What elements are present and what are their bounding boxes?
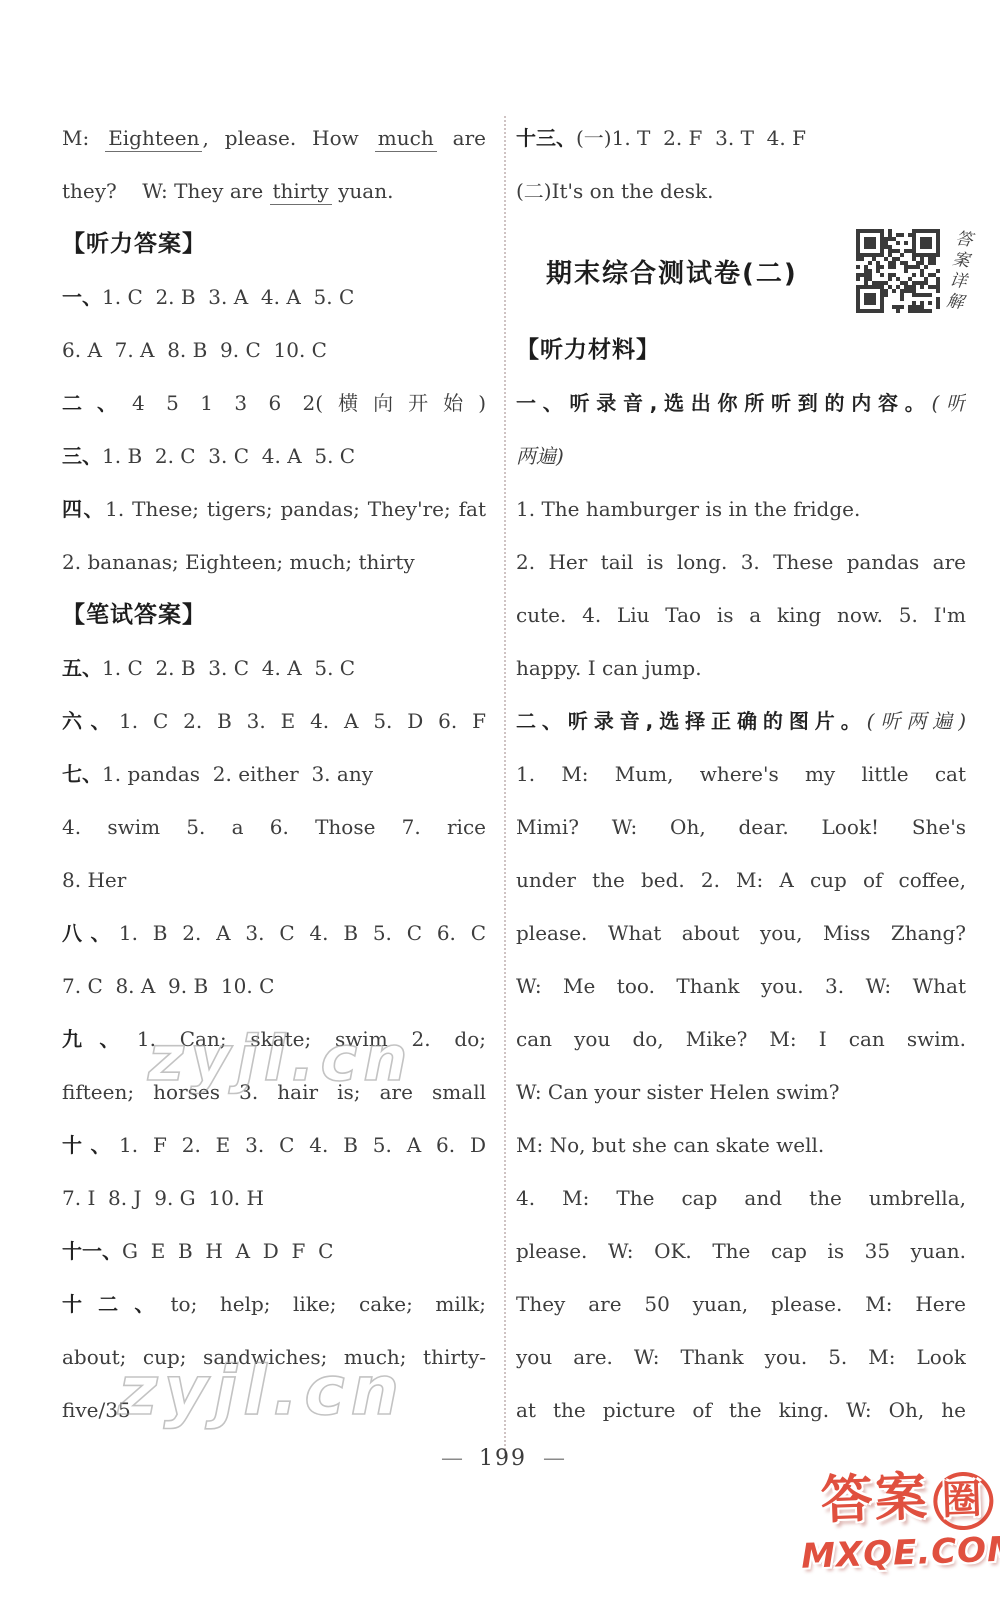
text-line: 1. The hamburger is in the fridge. bbox=[516, 483, 966, 536]
text-segment: 1. C 2. B 3. C 4. A 5. C bbox=[102, 656, 355, 680]
text-line: you are. W: Thank you. 5. M: Look bbox=[516, 1331, 966, 1384]
text-segment: 六、 bbox=[62, 709, 119, 733]
text-line: can you do, Mike? M: I can swim. bbox=[516, 1013, 966, 1066]
text-line: 7. I 8. J 9. G 10. H bbox=[62, 1172, 486, 1225]
text-segment: 6. A 7. A 8. B 9. C 10. C bbox=[62, 338, 327, 362]
section-heading: 【笔试答案】 bbox=[62, 589, 486, 642]
text-line: under the bed. 2. M: A cup of coffee, bbox=[516, 854, 966, 907]
text-line: 六、1. C 2. B 3. E 4. A 5. D 6. F bbox=[62, 695, 486, 748]
brand-logo-cn: 答案圈 bbox=[798, 1462, 1000, 1535]
section-heading: 【听力答案】 bbox=[62, 218, 486, 271]
text-line: (二)It's on the desk. bbox=[516, 165, 966, 218]
text-line: 二、4 5 1 3 6 2(横向开始) bbox=[62, 377, 486, 430]
text-segment: about; cup; sandwiches; much; thirty- bbox=[62, 1345, 486, 1369]
text-segment: 2. bananas; Eighteen; much; thirty bbox=[62, 550, 415, 574]
text-line: 2. bananas; Eighteen; much; thirty bbox=[62, 536, 486, 589]
text-line: 7. C 8. A 9. B 10. C bbox=[62, 960, 486, 1013]
text-line: fifteen; horses 3. hair is; are small bbox=[62, 1066, 486, 1119]
text-segment: 二、 bbox=[62, 391, 132, 415]
text-segment: 十二、 bbox=[62, 1292, 171, 1316]
column-divider bbox=[504, 116, 506, 1454]
text-segment: at the picture of the king. W: Oh, he bbox=[516, 1398, 966, 1422]
text-line: 三、1. B 2. C 3. C 4. A 5. C bbox=[62, 430, 486, 483]
text-segment: 十一、 bbox=[62, 1239, 122, 1263]
text-segment: 九、 bbox=[62, 1027, 137, 1051]
text-line: cute. 4. Liu Tao is a king now. 5. I'm bbox=[516, 589, 966, 642]
text-segment: 一、 bbox=[62, 285, 102, 309]
text-line: 4. M: The cap and the umbrella, bbox=[516, 1172, 966, 1225]
text-line: 十三、(一)1. T 2. F 3. T 4. F bbox=[516, 112, 966, 165]
text-segment: 【听力答案】 bbox=[62, 231, 206, 257]
text-line: 2. Her tail is long. 3. These pandas are bbox=[516, 536, 966, 589]
text-segment: 1. F 2. E 3. C 4. B 5. A 6. D bbox=[119, 1133, 486, 1157]
text-segment: under the bed. 2. M: A cup of coffee, bbox=[516, 868, 966, 892]
text-segment: , please. How bbox=[202, 126, 374, 150]
right-column-top: 十三、(一)1. T 2. F 3. T 4. F(二)It's on the … bbox=[516, 112, 966, 218]
text-line: they? W: They are thirty yuan. bbox=[62, 165, 486, 218]
text-segment: 【听力材料】 bbox=[516, 337, 660, 363]
answer-blank: thirty bbox=[270, 179, 332, 205]
footer-dash: — bbox=[441, 1446, 463, 1471]
text-line: M: Eighteen, please. How much are bbox=[62, 112, 486, 165]
text-line: happy. I can jump. bbox=[516, 642, 966, 695]
text-segment: fifteen; horses 3. hair is; are small bbox=[62, 1080, 486, 1104]
footer-page-number: — 199 — bbox=[418, 1446, 588, 1471]
left-column: M: Eighteen, please. How much arethey? W… bbox=[62, 112, 486, 1437]
text-segment: can you do, Mike? M: I can swim. bbox=[516, 1027, 966, 1051]
text-segment: (二)It's on the desk. bbox=[516, 179, 713, 203]
text-line: 八、1. B 2. A 3. C 4. B 5. C 6. C bbox=[62, 907, 486, 960]
brand-logo: 答案圈 MXQE.COM bbox=[798, 1462, 1000, 1577]
text-line: at the picture of the king. W: Oh, he bbox=[516, 1384, 966, 1437]
text-segment: five/35 bbox=[62, 1398, 131, 1422]
text-line: 1. M: Mum, where's my little cat bbox=[516, 748, 966, 801]
brand-site: MXQE.COM bbox=[800, 1528, 1000, 1577]
text-segment: 七、 bbox=[62, 762, 102, 786]
text-line: 6. A 7. A 8. B 9. C 10. C bbox=[62, 324, 486, 377]
text-segment: 1. These; tigers; pandas; They're; fat bbox=[105, 497, 486, 521]
text-line: five/35 bbox=[62, 1384, 486, 1437]
text-segment: 【笔试答案】 bbox=[62, 602, 206, 628]
text-line: 十、1. F 2. E 3. C 4. B 5. A 6. D bbox=[62, 1119, 486, 1172]
text-segment: (听 bbox=[931, 391, 966, 415]
text-segment: W: Me too. Thank you. 3. W: What bbox=[516, 974, 966, 998]
text-line: 一、1. C 2. B 3. A 4. A 5. C bbox=[62, 271, 486, 324]
text-segment: Mimi? W: Oh, dear. Look! She's bbox=[516, 815, 966, 839]
text-line: 四、1. These; tigers; pandas; They're; fat bbox=[62, 483, 486, 536]
text-segment: 4. M: The cap and the umbrella, bbox=[516, 1186, 966, 1210]
text-line: 一、听录音,选出你所听到的内容。(听 bbox=[516, 377, 966, 430]
text-segment: 1. B 2. C 3. C 4. A 5. C bbox=[102, 444, 355, 468]
text-segment: 1. B 2. A 3. C 4. B 5. C 6. C bbox=[119, 921, 486, 945]
text-segment: 十三、 bbox=[516, 126, 576, 150]
text-segment: 2. Her tail is long. 3. These pandas are bbox=[516, 550, 966, 574]
text-segment: 二、听录音,选择正确的图片。 bbox=[516, 709, 867, 733]
text-segment: 两遍) bbox=[516, 444, 564, 468]
text-segment: they? W: They are bbox=[62, 179, 270, 203]
text-line: about; cup; sandwiches; much; thirty- bbox=[62, 1331, 486, 1384]
brand-text-cn: 答案 bbox=[820, 1467, 930, 1531]
text-segment: G E B H A D F C bbox=[122, 1239, 333, 1263]
text-line: please. What about you, Miss Zhang? bbox=[516, 907, 966, 960]
text-segment: 7. C 8. A 9. B 10. C bbox=[62, 974, 274, 998]
text-line: 4. swim 5. a 6. Those 7. rice bbox=[62, 801, 486, 854]
text-line: M: No, but she can skate well. bbox=[516, 1119, 966, 1172]
text-segment: 1. M: Mum, where's my little cat bbox=[516, 762, 966, 786]
section-heading: 【听力材料】 bbox=[516, 324, 966, 377]
text-segment: please. W: OK. The cap is 35 yuan. bbox=[516, 1239, 966, 1263]
text-line: please. W: OK. The cap is 35 yuan. bbox=[516, 1225, 966, 1278]
text-segment: 8. Her bbox=[62, 868, 126, 892]
page-number: 199 bbox=[479, 1446, 527, 1471]
text-segment: please. What about you, Miss Zhang? bbox=[516, 921, 966, 945]
text-segment: (一)1. T 2. F 3. T 4. F bbox=[576, 126, 806, 150]
text-segment: 1. C 2. B 3. A 4. A 5. C bbox=[102, 285, 354, 309]
qr-wrap: 答案详解 bbox=[856, 229, 966, 313]
text-segment: yuan. bbox=[332, 179, 394, 203]
text-segment: you are. W: Thank you. 5. M: Look bbox=[516, 1345, 966, 1369]
text-line: 九、1. Can; skate; swim 2. do; bbox=[62, 1013, 486, 1066]
text-segment: 1. The hamburger is in the fridge. bbox=[516, 497, 860, 521]
answer-blank: much bbox=[375, 126, 437, 152]
text-segment: W: Can your sister Helen swim? bbox=[516, 1080, 839, 1104]
exam-title-block: 期末综合测试卷(二) 答案详解 bbox=[516, 218, 966, 324]
text-segment: M: No, but she can skate well. bbox=[516, 1133, 824, 1157]
text-segment: 五、 bbox=[62, 656, 102, 680]
text-line: 十二、to; help; like; cake; milk; bbox=[62, 1278, 486, 1331]
text-segment: 1. pandas 2. either 3. any bbox=[102, 762, 373, 786]
answer-detail-qr-code-icon bbox=[856, 229, 940, 313]
text-line: 十一、G E B H A D F C bbox=[62, 1225, 486, 1278]
text-line: Mimi? W: Oh, dear. Look! She's bbox=[516, 801, 966, 854]
text-line: 七、1. pandas 2. either 3. any bbox=[62, 748, 486, 801]
answer-key-page: M: Eighteen, please. How much arethey? W… bbox=[0, 0, 1000, 1600]
exam-title: 期末综合测试卷(二) bbox=[546, 253, 798, 290]
text-line: 两遍) bbox=[516, 430, 966, 483]
text-line: 五、1. C 2. B 3. C 4. A 5. C bbox=[62, 642, 486, 695]
text-segment: 八、 bbox=[62, 921, 119, 945]
text-segment: 1. Can; skate; swim 2. do; bbox=[137, 1027, 486, 1051]
qr-caption: 答案详解 bbox=[941, 228, 972, 314]
text-line: They are 50 yuan, please. M: Here bbox=[516, 1278, 966, 1331]
text-segment: M: bbox=[62, 126, 105, 150]
text-segment: 十、 bbox=[62, 1133, 119, 1157]
brand-text-circled: 圈 bbox=[932, 1471, 994, 1531]
text-segment: are bbox=[437, 126, 486, 150]
text-segment: cute. 4. Liu Tao is a king now. 5. I'm bbox=[516, 603, 966, 627]
text-segment: 一、听录音,选出你所听到的内容。 bbox=[516, 391, 931, 415]
text-segment: 4. swim 5. a 6. Those 7. rice bbox=[62, 815, 486, 839]
text-segment: to; help; like; cake; milk; bbox=[171, 1292, 486, 1316]
right-column: 十三、(一)1. T 2. F 3. T 4. F(二)It's on the … bbox=[516, 112, 966, 1437]
text-segment: 7. I 8. J 9. G 10. H bbox=[62, 1186, 264, 1210]
text-line: 二、听录音,选择正确的图片。(听两遍) bbox=[516, 695, 966, 748]
text-line: W: Me too. Thank you. 3. W: What bbox=[516, 960, 966, 1013]
answer-blank: Eighteen bbox=[105, 126, 202, 152]
footer-dash: — bbox=[543, 1446, 565, 1471]
right-column-bottom: 【听力材料】一、听录音,选出你所听到的内容。(听两遍)1. The hambur… bbox=[516, 324, 966, 1437]
text-segment: 三、 bbox=[62, 444, 102, 468]
text-line: 8. Her bbox=[62, 854, 486, 907]
text-segment: 四、 bbox=[62, 497, 105, 521]
text-line: W: Can your sister Helen swim? bbox=[516, 1066, 966, 1119]
text-segment: happy. I can jump. bbox=[516, 656, 702, 680]
text-segment: 1. C 2. B 3. E 4. A 5. D 6. F bbox=[119, 709, 486, 733]
text-segment: (听两遍) bbox=[867, 709, 966, 733]
text-segment: They are 50 yuan, please. M: Here bbox=[516, 1292, 966, 1316]
text-segment: 4 5 1 3 6 2(横向开始) bbox=[132, 391, 486, 415]
